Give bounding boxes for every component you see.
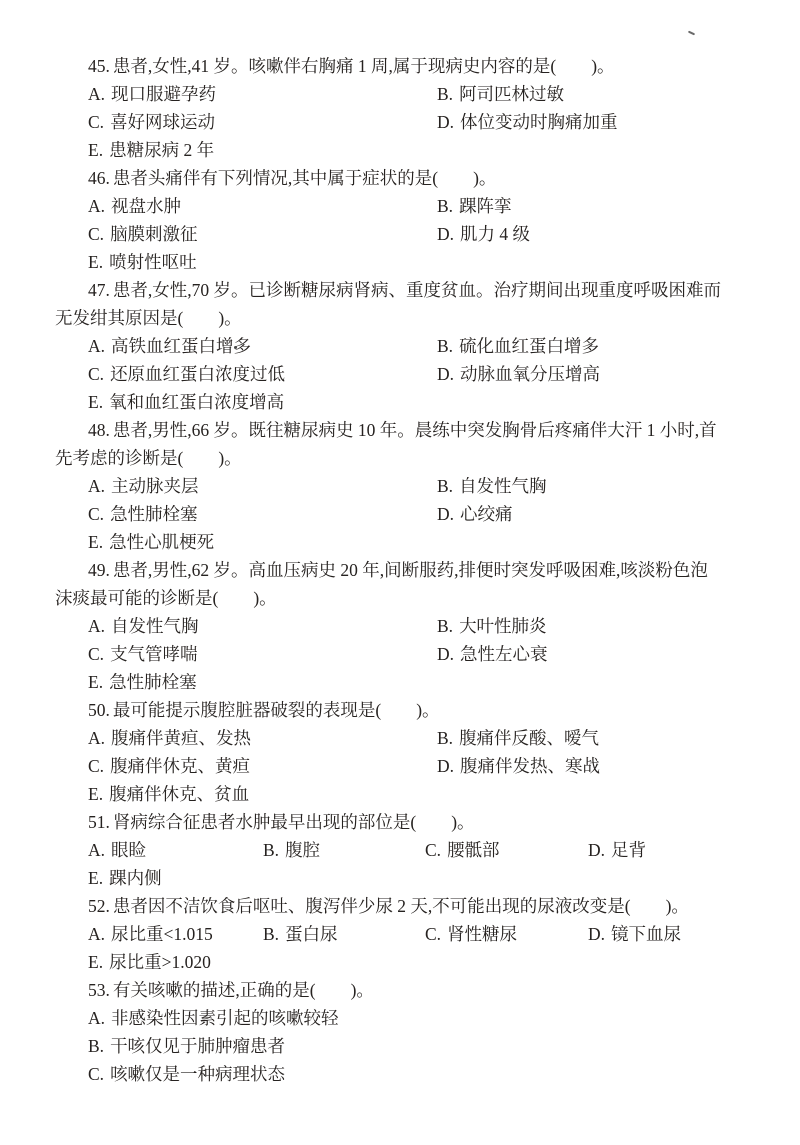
option-label: E.	[88, 252, 103, 272]
option-label: A.	[88, 196, 105, 216]
option-a: A.主动脉夹层	[88, 472, 437, 500]
option-d: D.动脉血氧分压增高	[437, 360, 744, 388]
option-row: C.还原血红蛋白浓度过低 D.动脉血氧分压增高	[55, 360, 744, 388]
option-text: 蛋白尿	[285, 924, 338, 944]
option-label: C.	[88, 112, 104, 132]
stem-text: 患者,女性,70 岁。已诊断糖尿病肾病、重度贫血。治疗期间出现重度呼吸困难而	[113, 280, 721, 300]
option-label: C.	[88, 364, 104, 384]
option-text: 动脉血氧分压增高	[460, 364, 600, 384]
option-a: A.视盘水肿	[88, 192, 437, 220]
question-number: 46.	[88, 168, 110, 188]
option-text: 患糖尿病 2 年	[109, 140, 214, 160]
option-label: A.	[88, 84, 105, 104]
option-row: C.脑膜刺激征 D.肌力 4 级	[55, 220, 744, 248]
option-text: 急性肺栓塞	[109, 672, 197, 692]
scan-artifact-mark	[688, 31, 695, 36]
question-51: 51.肾病综合征患者水肿最早出现的部位是( )。 A.眼睑 B.腹腔 C.腰骶部…	[55, 808, 744, 892]
option-text: 肌力 4 级	[460, 224, 530, 244]
option-label: B.	[263, 924, 279, 944]
question-stem: 47.患者,女性,70 岁。已诊断糖尿病肾病、重度贫血。治疗期间出现重度呼吸困难…	[55, 276, 744, 304]
option-label: C.	[88, 224, 104, 244]
option-label: A.	[88, 840, 105, 860]
option-label: C.	[88, 1064, 104, 1084]
option-text: 还原血红蛋白浓度过低	[110, 364, 285, 384]
option-text: 腹痛伴反酸、嗳气	[459, 728, 599, 748]
option-label: E.	[88, 140, 103, 160]
option-c: C.肾性糖尿	[425, 920, 588, 948]
question-stem: 49.患者,男性,62 岁。高血压病史 20 年,间断服药,排便时突发呼吸困难,…	[55, 556, 744, 584]
option-text: 急性左心衰	[460, 644, 548, 664]
option-row: E.腹痛伴休克、贫血	[55, 780, 744, 808]
option-label: E.	[88, 532, 103, 552]
option-text: 足背	[611, 840, 646, 860]
option-d: D.镜下血尿	[588, 920, 744, 948]
option-row: C.喜好网球运动 D.体位变动时胸痛加重	[55, 108, 744, 136]
option-row: A.眼睑 B.腹腔 C.腰骶部 D.足背	[55, 836, 744, 864]
option-row: C.急性肺栓塞 D.心绞痛	[55, 500, 744, 528]
stem-text: 患者,男性,66 岁。既往糖尿病史 10 年。晨练中突发胸骨后疼痛伴大汗 1 小…	[113, 420, 717, 440]
option-text: 腹痛伴黄疸、发热	[111, 728, 251, 748]
option-b: B.自发性气胸	[437, 472, 744, 500]
question-stem: 52.患者因不洁饮食后呕吐、腹泻伴少尿 2 天,不可能出现的尿液改变是( )。	[55, 892, 744, 920]
option-label: B.	[263, 840, 279, 860]
option-text: 氧和血红蛋白浓度增高	[109, 392, 284, 412]
option-row: A.腹痛伴黄疸、发热 B.腹痛伴反酸、嗳气	[55, 724, 744, 752]
option-b: B.踝阵挛	[437, 192, 744, 220]
option-c: C.脑膜刺激征	[88, 220, 437, 248]
stem-text: 有关咳嗽的描述,正确的是( )。	[113, 980, 374, 1000]
option-label: C.	[88, 756, 104, 776]
option-row: C.腹痛伴休克、黄疸 D.腹痛伴发热、寒战	[55, 752, 744, 780]
question-number: 45.	[88, 56, 110, 76]
option-c: C.支气管哮喘	[88, 640, 437, 668]
option-label: D.	[437, 112, 454, 132]
option-text: 视盘水肿	[111, 196, 181, 216]
option-a: A.现口服避孕药	[88, 80, 437, 108]
option-text: 咳嗽仅是一种病理状态	[110, 1064, 285, 1084]
stem-text: 患者因不洁饮食后呕吐、腹泻伴少尿 2 天,不可能出现的尿液改变是( )。	[113, 896, 689, 916]
option-text: 急性肺栓塞	[110, 504, 198, 524]
option-d: D.足背	[588, 836, 744, 864]
option-c: C.还原血红蛋白浓度过低	[88, 360, 437, 388]
option-text: 喜好网球运动	[110, 112, 215, 132]
option-d: D.肌力 4 级	[437, 220, 744, 248]
option-label: B.	[437, 476, 453, 496]
option-label: A.	[88, 728, 105, 748]
scanned-exam-page: 45.患者,女性,41 岁。咳嗽伴右胸痛 1 周,属于现病史内容的是( )。 A…	[0, 0, 800, 1145]
option-label: E.	[88, 784, 103, 804]
option-text: 自发性气胸	[111, 616, 199, 636]
option-label: A.	[88, 476, 105, 496]
option-label: D.	[437, 504, 454, 524]
option-row: A.尿比重<1.015 B.蛋白尿 C.肾性糖尿 D.镜下血尿	[55, 920, 744, 948]
stem-text: 最可能提示腹腔脏器破裂的表现是( )。	[113, 700, 440, 720]
option-row: A.主动脉夹层 B.自发性气胸	[55, 472, 744, 500]
option-text: 踝阵挛	[459, 196, 512, 216]
option-label: B.	[437, 84, 453, 104]
question-46: 46.患者头痛伴有下列情况,其中属于症状的是( )。 A.视盘水肿 B.踝阵挛 …	[55, 164, 744, 276]
option-text: 现口服避孕药	[111, 84, 216, 104]
question-number: 50.	[88, 700, 110, 720]
option-b: B.大叶性肺炎	[437, 612, 744, 640]
option-label: C.	[88, 644, 104, 664]
option-e: E.急性心肌梗死	[88, 528, 744, 556]
question-stem: 50.最可能提示腹腔脏器破裂的表现是( )。	[55, 696, 744, 724]
option-c: C.腹痛伴休克、黄疸	[88, 752, 437, 780]
option-d: D.急性左心衰	[437, 640, 744, 668]
option-text: 大叶性肺炎	[459, 616, 547, 636]
option-text: 硫化血红蛋白增多	[459, 336, 599, 356]
option-label: A.	[88, 924, 105, 944]
question-48: 48.患者,男性,66 岁。既往糖尿病史 10 年。晨练中突发胸骨后疼痛伴大汗 …	[55, 416, 744, 556]
option-label: B.	[437, 196, 453, 216]
option-text: 腹痛伴休克、贫血	[109, 784, 249, 804]
option-d: D.体位变动时胸痛加重	[437, 108, 744, 136]
stem-text: 先考虑的诊断是( )。	[55, 448, 242, 468]
option-text: 主动脉夹层	[111, 476, 199, 496]
question-stem-continuation: 沫痰最可能的诊断是( )。	[55, 584, 744, 612]
option-e: E.踝内侧	[88, 864, 744, 892]
option-label: B.	[437, 336, 453, 356]
question-stem: 53.有关咳嗽的描述,正确的是( )。	[55, 976, 744, 1004]
option-label: C.	[425, 840, 441, 860]
option-text: 阿司匹林过敏	[459, 84, 564, 104]
question-number: 53.	[88, 980, 110, 1000]
option-a: A.尿比重<1.015	[88, 920, 263, 948]
option-b: B.干咳仅见于肺肿瘤患者	[88, 1032, 744, 1060]
option-text: 脑膜刺激征	[110, 224, 198, 244]
option-text: 喷射性呕吐	[109, 252, 197, 272]
option-e: E.患糖尿病 2 年	[88, 136, 744, 164]
option-row: A.自发性气胸 B.大叶性肺炎	[55, 612, 744, 640]
option-row: A.现口服避孕药 B.阿司匹林过敏	[55, 80, 744, 108]
question-53: 53.有关咳嗽的描述,正确的是( )。 A.非感染性因素引起的咳嗽较轻 B.干咳…	[55, 976, 744, 1088]
question-number: 51.	[88, 812, 110, 832]
option-row: A.高铁血红蛋白增多 B.硫化血红蛋白增多	[55, 332, 744, 360]
option-text: 腹腔	[285, 840, 320, 860]
option-a: A.非感染性因素引起的咳嗽较轻	[88, 1004, 744, 1032]
option-a: A.腹痛伴黄疸、发热	[88, 724, 437, 752]
option-d: D.腹痛伴发热、寒战	[437, 752, 744, 780]
option-c: C.喜好网球运动	[88, 108, 437, 136]
option-row: E.急性心肌梗死	[55, 528, 744, 556]
option-b: B.腹腔	[263, 836, 425, 864]
option-label: B.	[437, 616, 453, 636]
option-row: A.视盘水肿 B.踝阵挛	[55, 192, 744, 220]
option-row: B.干咳仅见于肺肿瘤患者	[55, 1032, 744, 1060]
question-47: 47.患者,女性,70 岁。已诊断糖尿病肾病、重度贫血。治疗期间出现重度呼吸困难…	[55, 276, 744, 416]
option-label: B.	[88, 1036, 104, 1056]
option-text: 踝内侧	[109, 868, 162, 888]
option-label: E.	[88, 868, 103, 888]
scan-artifact-dot	[234, 346, 237, 349]
option-text: 急性心肌梗死	[109, 532, 214, 552]
option-row: E.尿比重>1.020	[55, 948, 744, 976]
stem-text: 沫痰最可能的诊断是( )。	[55, 588, 277, 608]
question-50: 50.最可能提示腹腔脏器破裂的表现是( )。 A.腹痛伴黄疸、发热 B.腹痛伴反…	[55, 696, 744, 808]
option-text: 高铁血红蛋白增多	[111, 336, 251, 356]
option-row: E.急性肺栓塞	[55, 668, 744, 696]
question-number: 52.	[88, 896, 110, 916]
option-row: E.踝内侧	[55, 864, 744, 892]
option-label: A.	[88, 616, 105, 636]
question-number: 47.	[88, 280, 110, 300]
question-number: 49.	[88, 560, 110, 580]
question-stem: 51.肾病综合征患者水肿最早出现的部位是( )。	[55, 808, 744, 836]
option-row: E.喷射性呕吐	[55, 248, 744, 276]
option-label: C.	[88, 504, 104, 524]
stem-text: 患者头痛伴有下列情况,其中属于症状的是( )。	[113, 168, 497, 188]
option-text: 支气管哮喘	[110, 644, 198, 664]
question-45: 45.患者,女性,41 岁。咳嗽伴右胸痛 1 周,属于现病史内容的是( )。 A…	[55, 52, 744, 164]
option-label: D.	[588, 840, 605, 860]
option-a: A.自发性气胸	[88, 612, 437, 640]
option-label: A.	[88, 1008, 105, 1028]
option-text: 体位变动时胸痛加重	[460, 112, 618, 132]
option-e: E.急性肺栓塞	[88, 668, 744, 696]
option-text: 肾性糖尿	[447, 924, 517, 944]
question-49: 49.患者,男性,62 岁。高血压病史 20 年,间断服药,排便时突发呼吸困难,…	[55, 556, 744, 696]
option-b: B.蛋白尿	[263, 920, 425, 948]
option-row: E.患糖尿病 2 年	[55, 136, 744, 164]
question-stem: 48.患者,男性,66 岁。既往糖尿病史 10 年。晨练中突发胸骨后疼痛伴大汗 …	[55, 416, 744, 444]
option-text: 尿比重>1.020	[109, 952, 211, 972]
option-label: C.	[425, 924, 441, 944]
option-a: A.高铁血红蛋白增多	[88, 332, 437, 360]
option-c: C.腰骶部	[425, 836, 588, 864]
option-row: E.氧和血红蛋白浓度增高	[55, 388, 744, 416]
option-label: D.	[437, 644, 454, 664]
option-label: E.	[88, 672, 103, 692]
stem-text: 患者,女性,41 岁。咳嗽伴右胸痛 1 周,属于现病史内容的是( )。	[113, 56, 615, 76]
option-label: A.	[88, 336, 105, 356]
option-text: 非感染性因素引起的咳嗽较轻	[111, 1008, 339, 1028]
option-b: B.硫化血红蛋白增多	[437, 332, 744, 360]
option-row: C.咳嗽仅是一种病理状态	[55, 1060, 744, 1088]
stem-text: 患者,男性,62 岁。高血压病史 20 年,间断服药,排便时突发呼吸困难,咳淡粉…	[113, 560, 708, 580]
question-number: 48.	[88, 420, 110, 440]
option-a: A.眼睑	[88, 836, 263, 864]
option-text: 干咳仅见于肺肿瘤患者	[110, 1036, 285, 1056]
option-text: 腹痛伴发热、寒战	[460, 756, 600, 776]
option-e: E.氧和血红蛋白浓度增高	[88, 388, 744, 416]
option-row: A.非感染性因素引起的咳嗽较轻	[55, 1004, 744, 1032]
option-e: E.喷射性呕吐	[88, 248, 744, 276]
option-c: C.急性肺栓塞	[88, 500, 437, 528]
option-row: C.支气管哮喘 D.急性左心衰	[55, 640, 744, 668]
stem-text: 无发绀其原因是( )。	[55, 308, 242, 328]
option-label: E.	[88, 952, 103, 972]
option-label: B.	[437, 728, 453, 748]
option-c: C.咳嗽仅是一种病理状态	[88, 1060, 744, 1088]
option-e: E.尿比重>1.020	[88, 948, 744, 976]
question-stem: 45.患者,女性,41 岁。咳嗽伴右胸痛 1 周,属于现病史内容的是( )。	[55, 52, 744, 80]
question-stem-continuation: 无发绀其原因是( )。	[55, 304, 744, 332]
option-b: B.腹痛伴反酸、嗳气	[437, 724, 744, 752]
option-b: B.阿司匹林过敏	[437, 80, 744, 108]
option-text: 自发性气胸	[459, 476, 547, 496]
option-label: D.	[437, 364, 454, 384]
question-52: 52.患者因不洁饮食后呕吐、腹泻伴少尿 2 天,不可能出现的尿液改变是( )。 …	[55, 892, 744, 976]
option-label: D.	[437, 224, 454, 244]
question-stem: 46.患者头痛伴有下列情况,其中属于症状的是( )。	[55, 164, 744, 192]
option-text: 腹痛伴休克、黄疸	[110, 756, 250, 776]
option-text: 镜下血尿	[611, 924, 681, 944]
option-text: 腰骶部	[447, 840, 500, 860]
option-text: 眼睑	[111, 840, 146, 860]
stem-text: 肾病综合征患者水肿最早出现的部位是( )。	[113, 812, 475, 832]
question-stem-continuation: 先考虑的诊断是( )。	[55, 444, 744, 472]
option-e: E.腹痛伴休克、贫血	[88, 780, 744, 808]
option-label: D.	[437, 756, 454, 776]
option-text: 心绞痛	[460, 504, 513, 524]
option-d: D.心绞痛	[437, 500, 744, 528]
option-label: E.	[88, 392, 103, 412]
option-label: D.	[588, 924, 605, 944]
option-text: 尿比重<1.015	[111, 924, 213, 944]
